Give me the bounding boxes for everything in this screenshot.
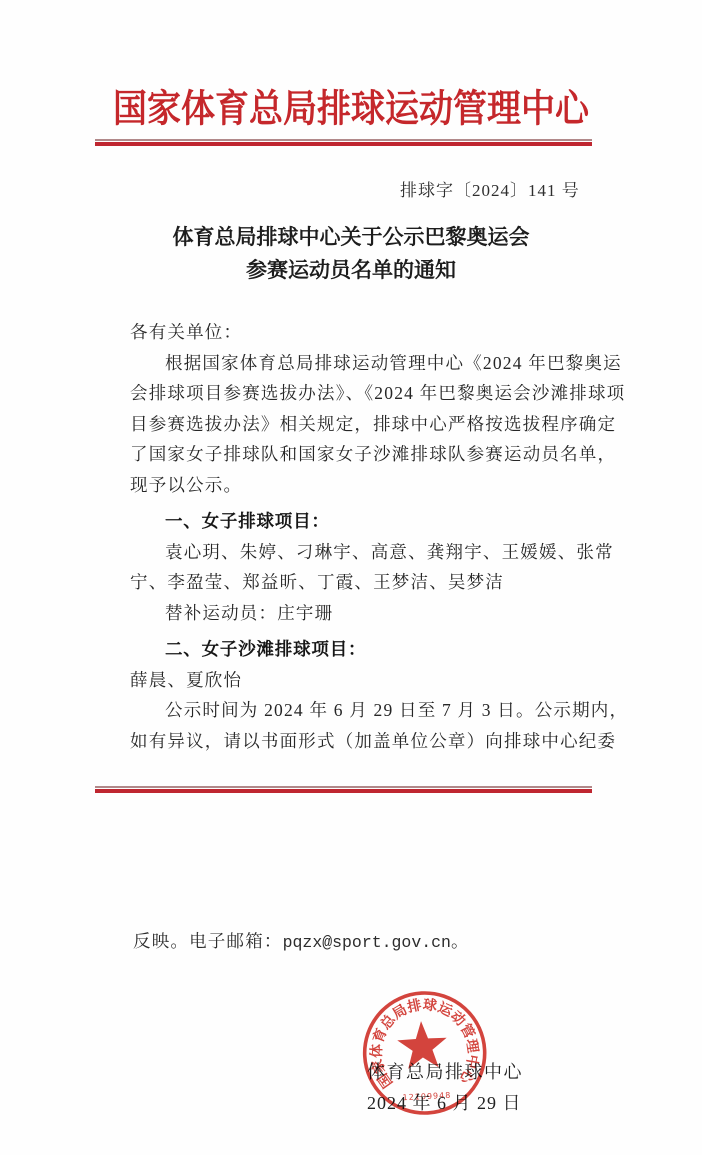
footer-contact-line: 反映。电子邮箱：pqzx@sport.gov.cn。 (133, 928, 470, 953)
roster-line: 薛晨、夏欣怡 (130, 665, 578, 696)
substitute-line: 替补运动员：庄宇珊 (130, 598, 578, 629)
seal-serial-number: 12109948 (402, 1091, 451, 1103)
section-2-heading: 二、女子沙滩排球项目： (130, 634, 578, 665)
roster-line: 袁心玥、朱婷、刁琳宇、高意、龚翔宇、王媛媛、张常 (130, 537, 578, 568)
email-address: pqzx@sport.gov.cn (283, 933, 451, 952)
masthead-title: 国家体育总局排球运动管理中心 (0, 78, 702, 133)
doc-number: 排球字〔2024〕141 号 (400, 176, 580, 201)
roster-line: 宁、李盈莹、郑益昕、丁霞、王梦洁、吴梦洁 (130, 567, 578, 598)
section-1-heading: 一、女子排球项目： (130, 506, 578, 537)
doc-title: 体育总局排球中心关于公示巴黎奥运会 参赛运动员名单的通知 (0, 221, 702, 287)
body-line: 了国家女子排球队和国家女子沙滩排球队参赛运动员名单， (130, 439, 578, 470)
footer-text-prefix: 反映。电子邮箱： (133, 931, 283, 951)
body-line: 如有异议，请以书面形式（加盖单位公章）向排球中心纪委 (130, 726, 578, 757)
official-seal: 12109948 国家体育总局排球运动管理中心 (345, 979, 505, 1139)
seal-arc-char: 体 (368, 1044, 386, 1059)
body-line: 现予以公示。 (130, 470, 578, 501)
footer-divider-rule (95, 786, 592, 793)
doc-title-line1: 体育总局排球中心关于公示巴黎奥运会 (0, 221, 702, 254)
salutation: 各有关单位： (130, 317, 578, 348)
footer-text-suffix: 。 (451, 931, 470, 951)
official-document-page: 国家体育总局排球运动管理中心 排球字〔2024〕141 号 体育总局排球中心关于… (0, 0, 702, 1155)
body-line: 会排球项目参赛选拔办法》、《2024 年巴黎奥运会沙滩排球项 (130, 378, 578, 409)
seal-arc-char: 排 (406, 996, 423, 1016)
body-line: 公示时间为 2024 年 6 月 29 日至 7 月 3 日。公示期内， (130, 695, 578, 726)
seal-star-icon (396, 1020, 448, 1070)
body-line: 目参赛选拔办法》相关规定，排球中心严格按选拔程序确定 (130, 409, 578, 440)
body-line: 根据国家体育总局排球运动管理中心《2024 年巴黎奥运 (130, 348, 578, 379)
masthead-divider-rule (95, 139, 592, 146)
doc-body: 各有关单位： 根据国家体育总局排球运动管理中心《2024 年巴黎奥运 会排球项目… (130, 317, 578, 756)
doc-title-line2: 参赛运动员名单的通知 (0, 254, 702, 287)
